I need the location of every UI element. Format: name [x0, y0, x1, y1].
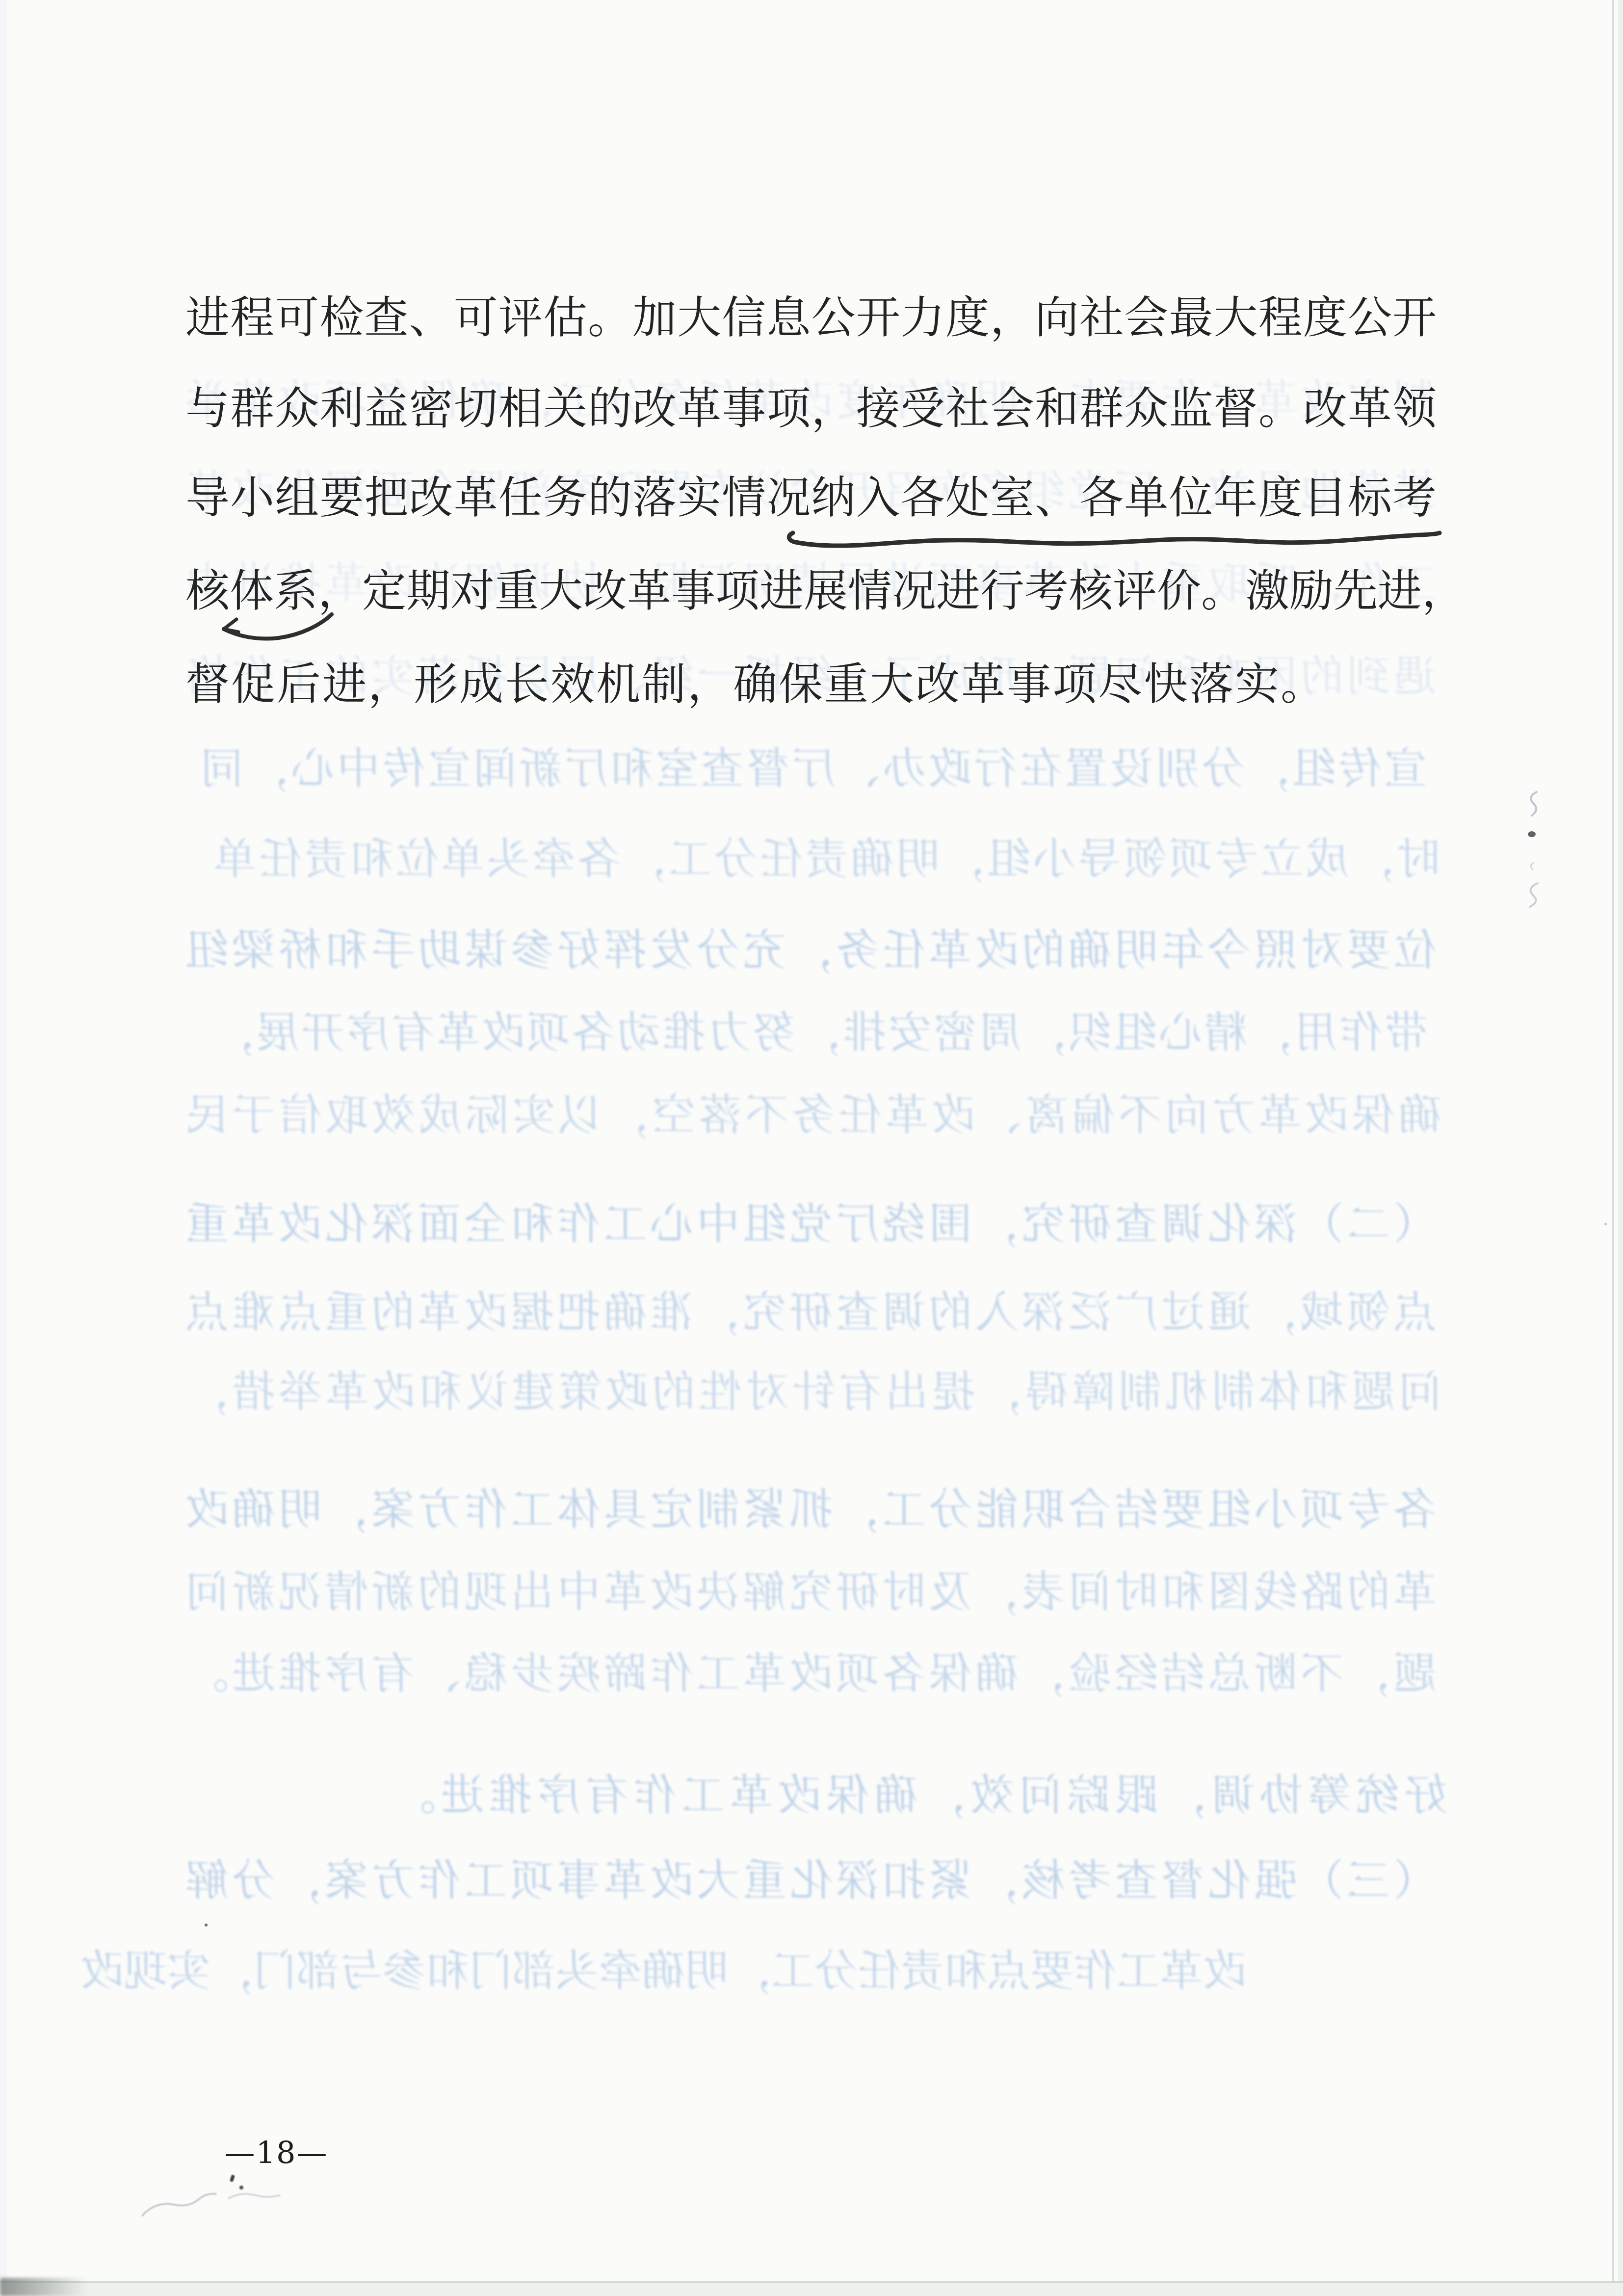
- bleedthrough-line: 点领域，通过广泛深入的调查研究，准确把握改革的重点难点: [185, 1289, 1437, 1336]
- bottom-left-corner-shadow: [0, 2278, 88, 2296]
- bottom-left-pencil-smudge: [132, 2169, 299, 2233]
- ink-speck: [205, 1924, 208, 1927]
- document-page: 制定改革工作要点，明确年度改革任务分工，确保各项改革举 措落地见效，厅党组多次召…: [0, 0, 1623, 2296]
- body-text-line: 督促后进，形成长效机制，确保重大改革事项尽快落实。: [185, 660, 1437, 709]
- bleedthrough-line: （二）深化调查研究，围绕厅党组中心工作和全面深化改革重: [185, 1200, 1437, 1247]
- bleedthrough-line: 带作用，精心组织，周密安排，努力推动各项改革有序开展，: [211, 1009, 1428, 1056]
- bleedthrough-line: 问题和体制机制障碍，提出有针对性的政策建议和改革举措，: [185, 1368, 1441, 1415]
- bleedthrough-line: 改革工作要点和责任分工，明确牵头部门和参与部门，实现改: [177, 1947, 1246, 1994]
- body-text-line: 与群众利益密切相关的改革事项，接受社会和群众监督。改革领: [185, 384, 1437, 433]
- wavy-underline-annotation: [784, 525, 1446, 549]
- paper-right-margin: [1618, 0, 1623, 2296]
- paper-left-edge: [0, 0, 7, 2296]
- bleedthrough-line: 革的路线图和时间表，及时研究解决改革中出现的新情况新问: [185, 1568, 1437, 1615]
- body-text-line: 导小组要把改革任务的落实情况纳入各处室、各单位年度目标考: [185, 474, 1437, 523]
- bleedthrough-line: 好统筹协调，跟踪问效，确保改革工作有序推进。: [393, 1771, 1447, 1819]
- bleedthrough-line: 时，成立专项领导小组，明确责任分工，各牵头单位和责任单: [213, 835, 1440, 882]
- page-number: —18—: [200, 2136, 352, 2170]
- bleedthrough-line: （三）强化督查考核，紧扣深化重大改革事项工作方案，分解: [185, 1857, 1437, 1904]
- ink-speck: [1604, 1223, 1607, 1225]
- scan-bottom-strip: [0, 2283, 1623, 2296]
- bleedthrough-line: 宣传组，分别设置在行政办、厅督查室和厅新闻宣传中心，同: [200, 745, 1427, 792]
- bleedthrough-line: 各专项小组要结合职能分工，抓紧制定具体工作方案，明确改: [185, 1486, 1437, 1533]
- body-text-line: 核体系，定期对重大改革事项进展情况进行考核评价。激励先进，: [185, 567, 1437, 616]
- body-text-line: 进程可检查、可评估。加大信息公开力度，向社会最大程度公开: [185, 293, 1437, 343]
- paper-right-edge: [1612, 0, 1614, 2296]
- bleedthrough-line: 位要对照今年明确的改革任务，充分发挥好参谋助手和桥梁纽: [185, 926, 1437, 974]
- bleedthrough-line: 题，不断总结经验，确保各项改革工作蹄疾步稳、有序推进。: [185, 1650, 1437, 1697]
- right-margin-pencil-marks: [1519, 789, 1550, 912]
- bleedthrough-line: 确保改革方向不偏离、改革任务不落空，以实际成效取信于民: [185, 1091, 1441, 1138]
